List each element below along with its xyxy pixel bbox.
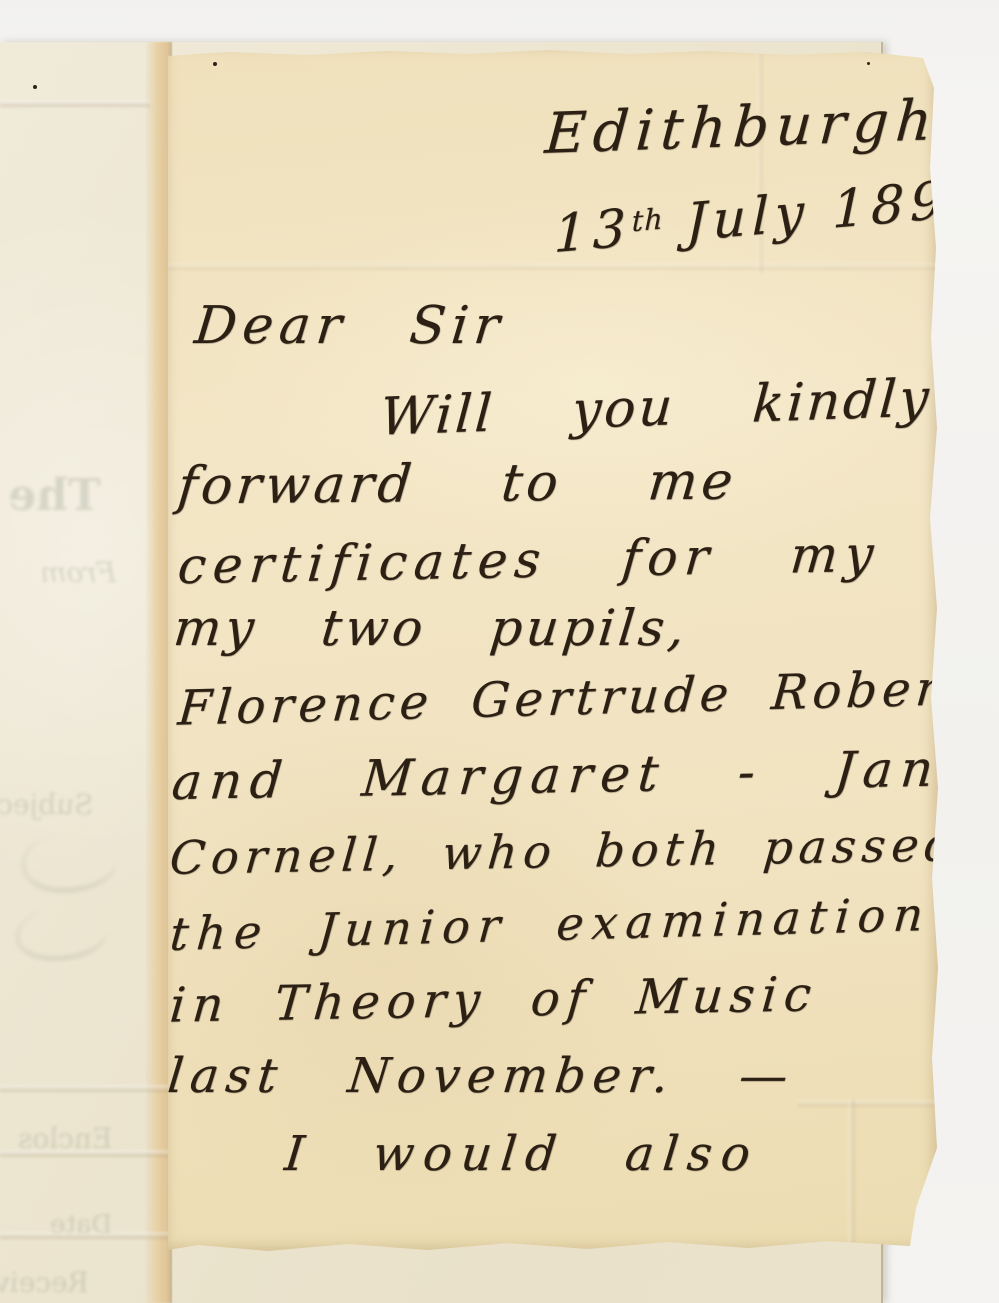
scanned-document: The From Subject Enclos Date Receiv Edit… — [0, 0, 999, 1303]
paper-speck — [33, 85, 37, 89]
paper-crease — [0, 100, 150, 107]
show-through-label-from: From — [40, 556, 116, 589]
letter-line: Florence Gertrude Robert, — [176, 663, 990, 732]
show-through-label-date: Date — [50, 1210, 112, 1240]
date-day: 13 — [553, 198, 632, 265]
letter-line: Will you kindly — [378, 372, 933, 443]
letter-line: last November. — — [165, 1052, 796, 1100]
letter-line: certificates for my — [176, 529, 882, 591]
letter-line: I would also — [282, 1130, 761, 1178]
show-through-label-received: Receiv — [0, 1266, 89, 1299]
date-ordinal: th — [632, 201, 664, 238]
date-rest: July 1899 — [663, 167, 989, 256]
letter-line: forward to me — [176, 456, 739, 513]
paper-crease — [848, 1100, 855, 1250]
paper-crease — [798, 1100, 938, 1107]
letter-line: my two pupils, — [171, 603, 690, 653]
letter-line: and Margaret - Jane — [170, 743, 981, 807]
letter-salutation: Dear Sir — [192, 300, 507, 352]
show-through-label-subject: Subject — [0, 788, 93, 821]
paper-speck — [213, 62, 217, 66]
letter-line: Cornell, who both passed — [168, 821, 962, 881]
show-through-label-enclosure: Enclos — [18, 1122, 112, 1155]
letter-date-line: 13th July 1899 — [553, 171, 988, 261]
letter-line: the Junior examination — [168, 891, 933, 957]
letter-line: in Theory of Music — [168, 970, 820, 1029]
show-through-label-the: The — [8, 470, 101, 521]
letter-place-line: Edithburgh — [543, 93, 941, 163]
paper-speck — [867, 62, 870, 65]
letter-page: Edithburgh 13th July 1899 Dear Sir Will … — [168, 48, 938, 1252]
